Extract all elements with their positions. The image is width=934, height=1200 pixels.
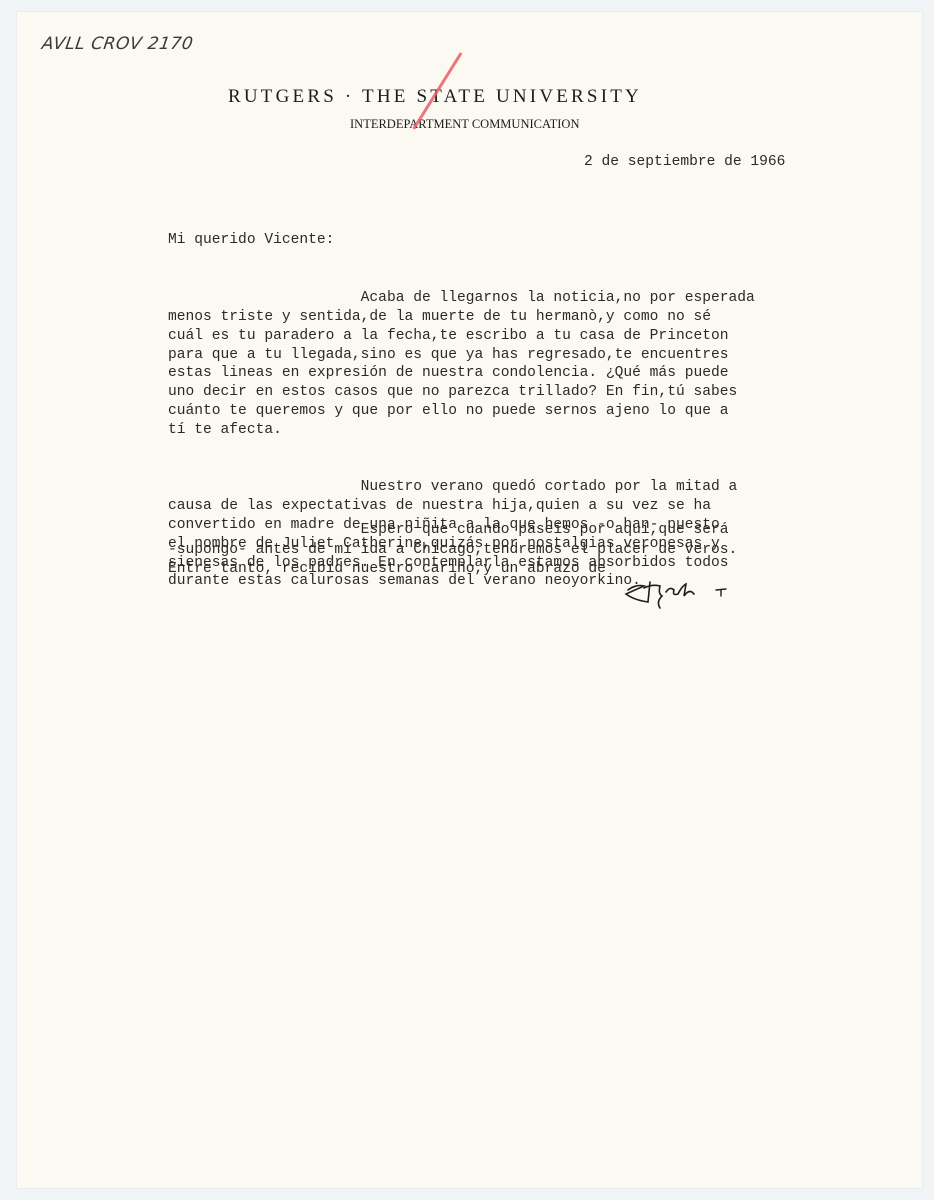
closing-paragraph: Espero que cuando paseis por aquí,que se… <box>168 521 737 580</box>
text-line: Nuestro verano quedó cortado por la mita… <box>168 478 755 497</box>
letterhead-title: RUTGERS · THE STATE UNIVERSITY <box>228 86 728 108</box>
text-line: para que a tu llegada,sino es que ya has… <box>168 346 755 365</box>
letterhead-subtitle: INTERDEPARTMENT COMMUNICATION <box>350 117 579 132</box>
text-line: menos triste y sentida,de la muerte de t… <box>168 308 755 327</box>
text-line: cuál es tu paradero a la fecha,te escrib… <box>168 327 755 346</box>
text-line: Espero que cuando paseis por aquí,que se… <box>168 521 737 541</box>
text-line: tí te afecta. <box>168 421 755 440</box>
paragraph-1: Acaba de llegarnos la noticia,no por esp… <box>168 289 755 440</box>
letter-date: 2 de septiembre de 1966 <box>584 154 785 170</box>
text-line: uno decir en estos casos que no parezca … <box>168 383 755 402</box>
text-line: estas lineas en expresión de nuestra con… <box>168 364 755 383</box>
text-line: -supongo- antes de mi ida a Chicago,tend… <box>168 541 737 561</box>
salutation: Mi querido Vicente: <box>168 232 334 248</box>
text-line: cuánto te queremos y que por ello no pue… <box>168 402 755 421</box>
text-line: causa de las expectativas de nuestra hij… <box>168 497 755 516</box>
signature-icon <box>622 572 742 612</box>
text-line: Acaba de llegarnos la noticia,no por esp… <box>168 289 755 308</box>
archive-annotation: AVLL CROV 2170 <box>41 34 195 54</box>
